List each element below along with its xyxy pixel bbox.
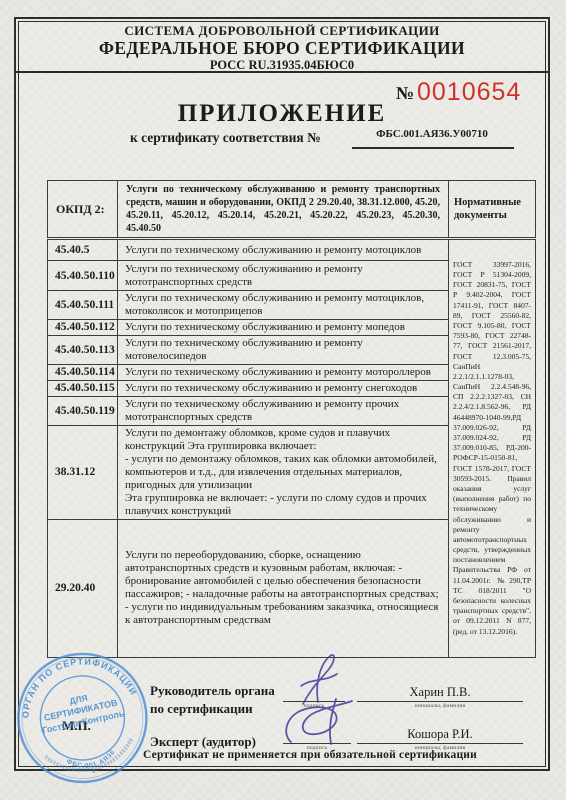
name-expert: Кошора Р.И.	[357, 727, 523, 742]
service-description: Услуги по техническому обслуживанию и ре…	[118, 335, 449, 364]
service-description: Услуги по техническому обслуживанию и ре…	[118, 320, 449, 336]
subtitle-label: к сертификату соответствия №	[130, 130, 321, 146]
role-head-of-body: Руководитель органа по сертификации	[150, 682, 275, 717]
okpd-code: 45.40.50.112	[48, 320, 118, 336]
col-header-services: Услуги по техническому обслуживанию и ре…	[118, 181, 449, 239]
system-title: СИСТЕМА ДОБРОВОЛЬНОЙ СЕРТИФИКАЦИИ	[17, 23, 547, 39]
service-description: Услуги по техническому обслуживанию и ре…	[118, 261, 449, 291]
voluntary-certification-note: Сертификат не применяется при обязательн…	[143, 749, 477, 761]
name-head-of-body: Харин П.В.	[357, 685, 523, 700]
okpd-code: 45.40.50.113	[48, 335, 118, 364]
okpd-code: 45.40.50.110	[48, 261, 118, 291]
name-line-2	[357, 743, 523, 744]
page-title: ПРИЛОЖЕНИЕ	[17, 100, 547, 128]
stamp-bottom-arc-text-illegible	[46, 738, 137, 778]
service-description: Услуги по техническому обслуживанию и ре…	[118, 380, 449, 396]
table-row: 45.40.5 Услуги по техническому обслужива…	[48, 239, 536, 261]
services-table: ОКПД 2: Услуги по техническому обслужива…	[47, 180, 536, 658]
service-description: Услуги по техническому обслуживанию и ре…	[118, 364, 449, 380]
service-description: Услуги по техническому обслуживанию и ре…	[118, 291, 449, 320]
okpd-code: 45.40.50.119	[48, 396, 118, 425]
signature-ink-2	[279, 696, 357, 748]
okpd-code: 45.40.50.111	[48, 291, 118, 320]
col-header-normative: Нормативные документы	[449, 181, 536, 239]
col-header-okpd: ОКПД 2:	[48, 181, 118, 239]
service-description: Услуги по переоборудованию, сборке, осна…	[118, 519, 449, 657]
service-description: Услуги по техническому обслуживанию и ре…	[118, 239, 449, 261]
service-description: Услуги по техническому обслуживанию и ре…	[118, 396, 449, 425]
header-divider	[16, 71, 548, 73]
service-description: Услуги по демонтажу обломков, кроме судо…	[118, 425, 449, 519]
certificate-number: ФБС.001.АЯ36.У00710	[352, 128, 512, 140]
certification-stamp: ОРГАН ПО СЕРТИФИКАЦИИ ДЛЯ СЕРТИФИКАТОВ Г…	[1, 631, 164, 800]
certificate-number-underline	[352, 147, 514, 149]
table-header-row: ОКПД 2: Услуги по техническому обслужива…	[48, 181, 536, 239]
normative-documents-cell: ГОСТ 33997-2016, ГОСТ Р 51304-2009, ГОСТ…	[449, 239, 536, 658]
organization-title: ФЕДЕРАЛЬНОЕ БЮРО СЕРТИФИКАЦИИ	[17, 38, 547, 59]
okpd-code: 45.40.50.114	[48, 364, 118, 380]
name-line-1	[357, 701, 523, 702]
okpd-code: 45.40.50.115	[48, 380, 118, 396]
role-expert-auditor: Эксперт (аудитор)	[150, 733, 256, 751]
okpd-code: 38.31.12	[48, 425, 118, 519]
name-caption-1: инициалы, фамилия	[357, 703, 523, 709]
okpd-code: 45.40.5	[48, 239, 118, 261]
